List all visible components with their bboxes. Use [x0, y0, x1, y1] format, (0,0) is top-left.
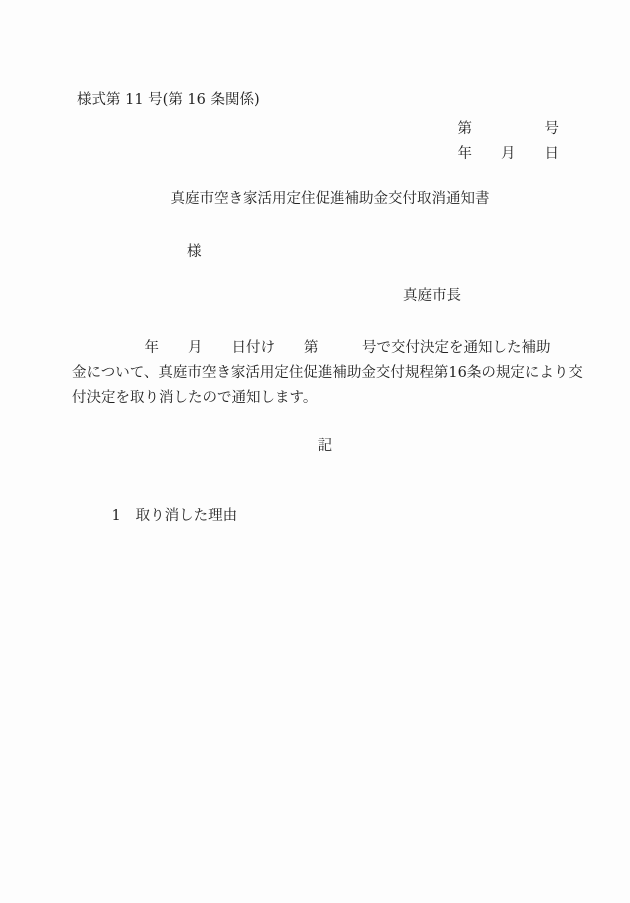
addressee-honorific: 様	[187, 240, 202, 265]
form-number: 様式第 11 号(第 16 条関係)	[77, 88, 260, 113]
record-marker: 記	[0, 434, 630, 459]
body-line-1: 年 月 日付け 第 号で交付決定を通知した補助	[72, 336, 592, 361]
list-item-number: 1	[111, 504, 120, 529]
sender-mayor: 真庭市長	[403, 284, 461, 309]
document-page: 様式第 11 号(第 16 条関係) 第 号 年 月 日 真庭市空き家活用定住促…	[0, 0, 630, 903]
date-blank-line: 年 月 日	[458, 142, 560, 167]
body-line-3: 付決定を取り消したので通知します。	[72, 386, 592, 411]
body-paragraph: 年 月 日付け 第 号で交付決定を通知した補助 金について、真庭市空き家活用定住…	[72, 336, 592, 411]
document-title: 真庭市空き家活用定住促進補助金交付取消通知書	[0, 187, 630, 212]
document-number-blank-line: 第 号	[458, 117, 560, 142]
body-line-2: 金について、真庭市空き家活用定住促進補助金交付規程第16条の規定により交	[72, 361, 592, 386]
list-item: 1取り消した理由	[93, 479, 237, 554]
list-item-label: 取り消した理由	[136, 504, 238, 529]
